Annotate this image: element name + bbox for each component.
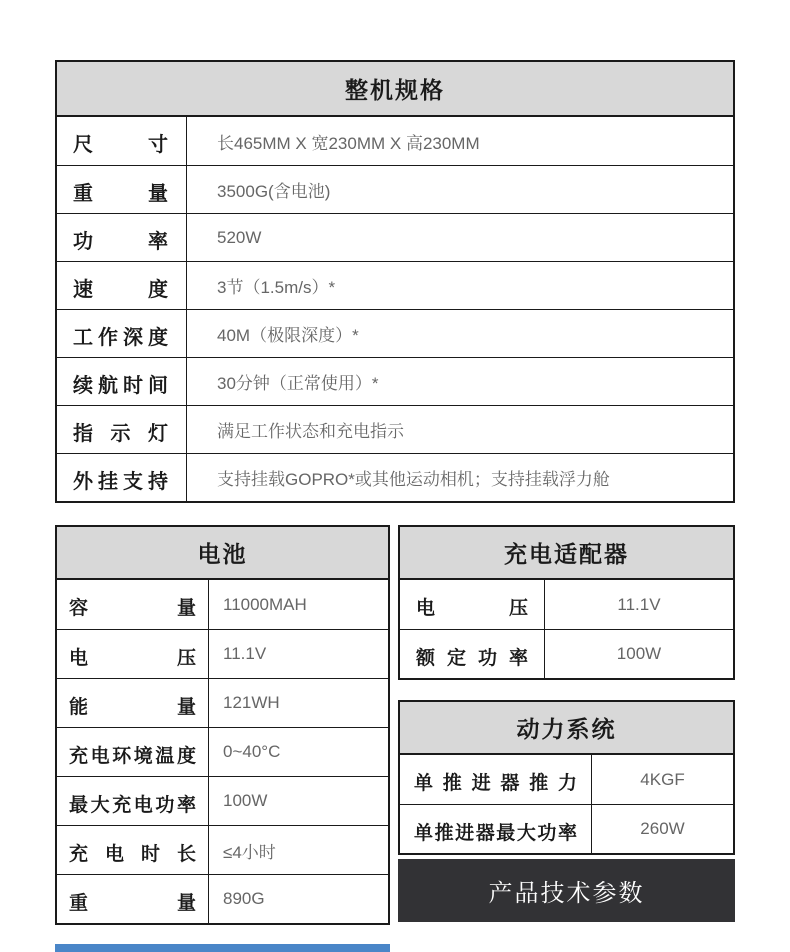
battery-spec-table: 电池 容量 11000MAH 电压 11.1V 能量 121WH 充电环境温度 …	[55, 525, 390, 925]
spec-label: 指示灯	[57, 406, 187, 453]
spec-value: 11.1V	[209, 630, 388, 678]
spec-value: ≤4小时	[209, 826, 388, 874]
table-row: 能量 121WH	[57, 678, 388, 727]
spec-label: 重量	[57, 166, 187, 213]
table-row: 单推进器推力 4KGF	[400, 755, 733, 804]
overall-spec-table-title: 整机规格	[57, 62, 733, 117]
spec-label: 速度	[57, 262, 187, 309]
spec-label: 续航时间	[57, 358, 187, 405]
section-title-badge: 产品技术参数	[398, 859, 735, 922]
spec-label: 电压	[57, 630, 209, 678]
bottom-accent-bar	[55, 944, 390, 952]
spec-value: 260W	[592, 805, 733, 853]
table-row: 充电时长 ≤4小时	[57, 825, 388, 874]
table-row: 额定功率 100W	[400, 629, 733, 678]
table-row: 尺寸 长465MM X 宽230MM X 高230MM	[57, 117, 733, 165]
spec-label: 电压	[400, 580, 545, 629]
spec-label: 充电时长	[57, 826, 209, 874]
battery-table-title: 电池	[57, 527, 388, 580]
spec-value: 长465MM X 宽230MM X 高230MM	[187, 117, 733, 165]
spec-value: 3节（1.5m/s）*	[187, 262, 733, 309]
spec-value: 3500G(含电池)	[187, 166, 733, 213]
table-row: 充电环境温度 0~40°C	[57, 727, 388, 776]
spec-value: 100W	[545, 630, 733, 678]
spec-value: 100W	[209, 777, 388, 825]
spec-value: 0~40°C	[209, 728, 388, 776]
spec-value: 30分钟（正常使用）*	[187, 358, 733, 405]
table-row: 续航时间 30分钟（正常使用）*	[57, 357, 733, 405]
spec-value: 11.1V	[545, 580, 733, 629]
table-row: 速度 3节（1.5m/s）*	[57, 261, 733, 309]
spec-label: 外挂支持	[57, 454, 187, 501]
spec-value: 11000MAH	[209, 580, 388, 629]
table-row: 工作深度 40M（极限深度）*	[57, 309, 733, 357]
table-row: 重量 3500G(含电池)	[57, 165, 733, 213]
spec-value: 40M（极限深度）*	[187, 310, 733, 357]
spec-label: 充电环境温度	[57, 728, 209, 776]
table-row: 指示灯 满足工作状态和充电指示	[57, 405, 733, 453]
table-row: 外挂支持 支持挂载GOPRO*或其他运动相机；支持挂载浮力舱	[57, 453, 733, 501]
spec-label: 额定功率	[400, 630, 545, 678]
spec-value: 4KGF	[592, 755, 733, 804]
spec-label: 工作深度	[57, 310, 187, 357]
spec-label: 尺寸	[57, 117, 187, 165]
table-row: 重量 890G	[57, 874, 388, 923]
spec-value: 支持挂载GOPRO*或其他运动相机；支持挂载浮力舱	[187, 454, 733, 501]
spec-label: 单推进器最大功率	[400, 805, 592, 853]
spec-value: 890G	[209, 875, 388, 923]
spec-value: 520W	[187, 214, 733, 261]
power-system-spec-table: 动力系统 单推进器推力 4KGF 单推进器最大功率 260W	[398, 700, 735, 855]
table-row: 电压 11.1V	[57, 629, 388, 678]
spec-label: 容量	[57, 580, 209, 629]
table-row: 最大充电功率 100W	[57, 776, 388, 825]
spec-label: 重量	[57, 875, 209, 923]
spec-value: 121WH	[209, 679, 388, 727]
table-row: 容量 11000MAH	[57, 580, 388, 629]
spec-label: 最大充电功率	[57, 777, 209, 825]
spec-label: 单推进器推力	[400, 755, 592, 804]
spec-label: 功率	[57, 214, 187, 261]
adapter-table-title: 充电适配器	[400, 527, 733, 580]
overall-spec-table: 整机规格 尺寸 长465MM X 宽230MM X 高230MM 重量 3500…	[55, 60, 735, 503]
power-system-table-title: 动力系统	[400, 702, 733, 755]
table-row: 电压 11.1V	[400, 580, 733, 629]
table-row: 功率 520W	[57, 213, 733, 261]
table-row: 单推进器最大功率 260W	[400, 804, 733, 853]
spec-label: 能量	[57, 679, 209, 727]
adapter-spec-table: 充电适配器 电压 11.1V 额定功率 100W	[398, 525, 735, 680]
spec-value: 满足工作状态和充电指示	[187, 406, 733, 453]
